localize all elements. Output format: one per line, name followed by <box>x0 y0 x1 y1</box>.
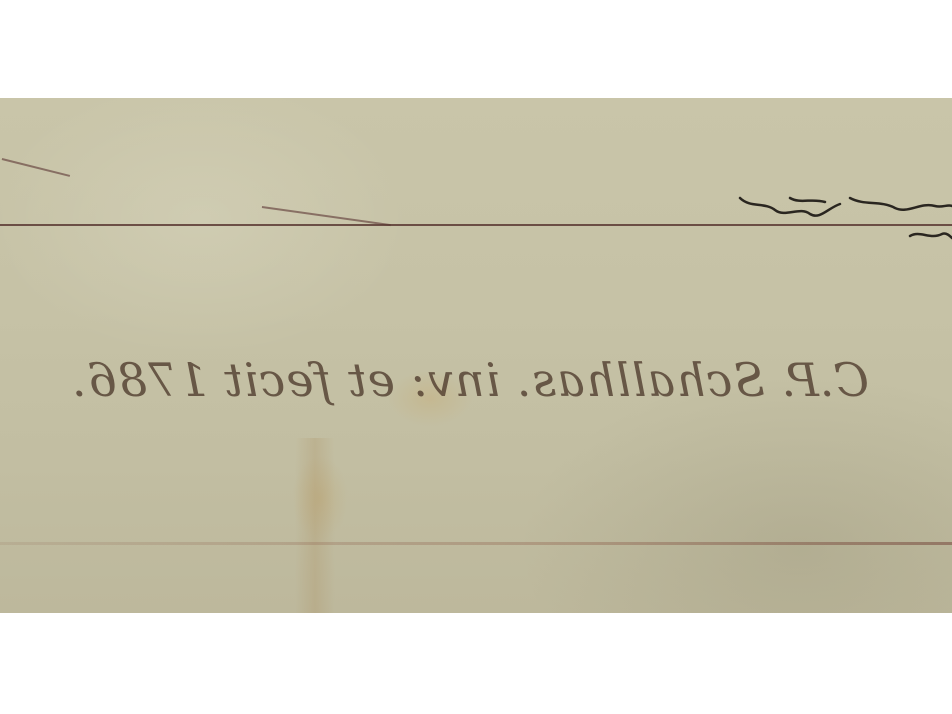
faint-plate-line <box>0 542 952 545</box>
plate-border-line <box>0 224 952 226</box>
foliage-engraving-fragment <box>730 196 952 246</box>
mirrored-signature: C.P. Schallhas. inv: et fecit 1786. <box>20 330 920 430</box>
paper-stain <box>295 438 335 613</box>
pen-stroke <box>262 206 391 226</box>
pen-stroke <box>2 158 70 176</box>
